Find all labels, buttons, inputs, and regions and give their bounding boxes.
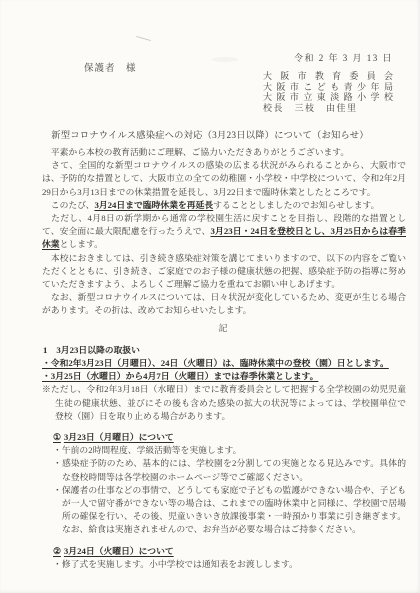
bullet-item: ・保護者の仕事などの事情で、どうしても家庭で子どもの監護ができない場合や、子ども… <box>53 484 406 537</box>
circled-number-1: ① <box>53 432 61 442</box>
subsection-heading: ②3月24日（火曜日）について <box>53 545 406 558</box>
paragraph-text: することとしましたのでお知らせします。 <box>213 200 379 210</box>
letter-body: 平素から本校の教育活動にご理解、ご協力いただきありがとうございます。 さて、全国… <box>42 146 406 571</box>
subsection-heading-text: 3月23日（月曜日）について <box>64 432 174 442</box>
sender-line-board-of-education: 大阪市教育委員会 <box>263 71 393 82</box>
bullet-item: ・午前の2時間程度、学級活動等を実施します。 <box>53 444 406 457</box>
subsection-1: ①3月23日（月曜日）について ・午前の2時間程度、学級活動等を実施します。 ・… <box>53 431 406 537</box>
paragraph-extension: このたび、3月24日まで臨時休業を再延長することとしましたのでお知らせします。 <box>42 199 406 212</box>
bullet-item: ・令和2年3月23日（月曜日）、24日（火曜日）は、臨時休業中の登校（園）日とし… <box>42 357 406 370</box>
section-heading: 13月23日以降の取扱い <box>43 344 406 357</box>
bullet-item: ・修了式を実施します。小中学校では通知表をお渡しします。 <box>53 558 406 571</box>
section-heading-text: 3月23日以降の取扱い <box>56 345 140 355</box>
scan-artifact <box>136 36 151 41</box>
section-1: 13月23日以降の取扱い ・令和2年3月23日（月曜日）、24日（火曜日）は、臨… <box>42 344 406 571</box>
scan-artifact <box>212 57 238 62</box>
paragraph-greeting: 平素から本校の教育活動にご理解、ご協力いただきありがとうございます。 <box>42 146 406 159</box>
paragraph-text: とします。 <box>60 239 103 249</box>
paragraph-caveat: なお、新型コロナウイルスについては、日々状況が変化しているため、変更が生じる場合… <box>42 291 406 317</box>
note-paragraph: ※ただし、令和2年3月18日（水曜日）までに教育委員会として把握する全学校園の幼… <box>42 383 406 423</box>
paragraph-request: 本校におきましては、引き続き感染症対策を講じてまいりますので、以下の内容をご覧い… <box>42 252 406 292</box>
bullet-item: ・3月25日（水曜日）から4月7日（火曜日）までは春季休業とします。 <box>42 370 406 383</box>
letter-date: 令和 2 年 3 月 13 日 <box>294 51 393 64</box>
sender-line-school: 大阪市立東淡路小学校 <box>263 92 393 103</box>
emphasis-underlined: 3月24日まで臨時休業を再延長 <box>94 200 213 210</box>
letter-title: 新型コロナウイルス感染症への対応（3月23日以降）について（お知らせ） <box>0 127 420 141</box>
paragraph-background: さて、全国的な新型コロナウイルスの感染の広まる状況がみられることから、大阪市では… <box>42 159 406 199</box>
circled-number-2: ② <box>53 546 61 556</box>
subsection-heading-text: 3月24日（火曜日）について <box>64 546 174 556</box>
recipient: 保護者 様 <box>84 60 137 74</box>
section-number: 1 <box>43 345 47 355</box>
bullet-item: ・感染症予防のため、基本的には、学校園を2分割しての実施となる見込みです。具体的… <box>53 457 406 483</box>
subsection-heading: ①3月23日（月曜日）について <box>53 431 406 444</box>
document-page: 令和 2 年 3 月 13 日 保護者 様 大阪市教育委員会 大阪市こども青少年… <box>0 0 420 593</box>
sender-block: 大阪市教育委員会 大阪市こども青少年局 大阪市立東淡路小学校 校長 三枝 由佳里 <box>263 71 393 114</box>
sender-line-youth-bureau: 大阪市こども青少年局 <box>263 82 393 93</box>
subsection-2: ②3月24日（火曜日）について ・修了式を実施します。小中学校では通知表をお渡し… <box>53 545 406 571</box>
paragraph-text: このたび、 <box>42 200 94 210</box>
sender-line-principal: 校長 三枝 由佳里 <box>263 103 393 114</box>
record-mark: 記 <box>42 322 406 335</box>
paragraph-schedule: ただし、4月8日の新学期から通常の学校園生活に戻すことを目指し、段階的な措置とし… <box>42 212 406 252</box>
